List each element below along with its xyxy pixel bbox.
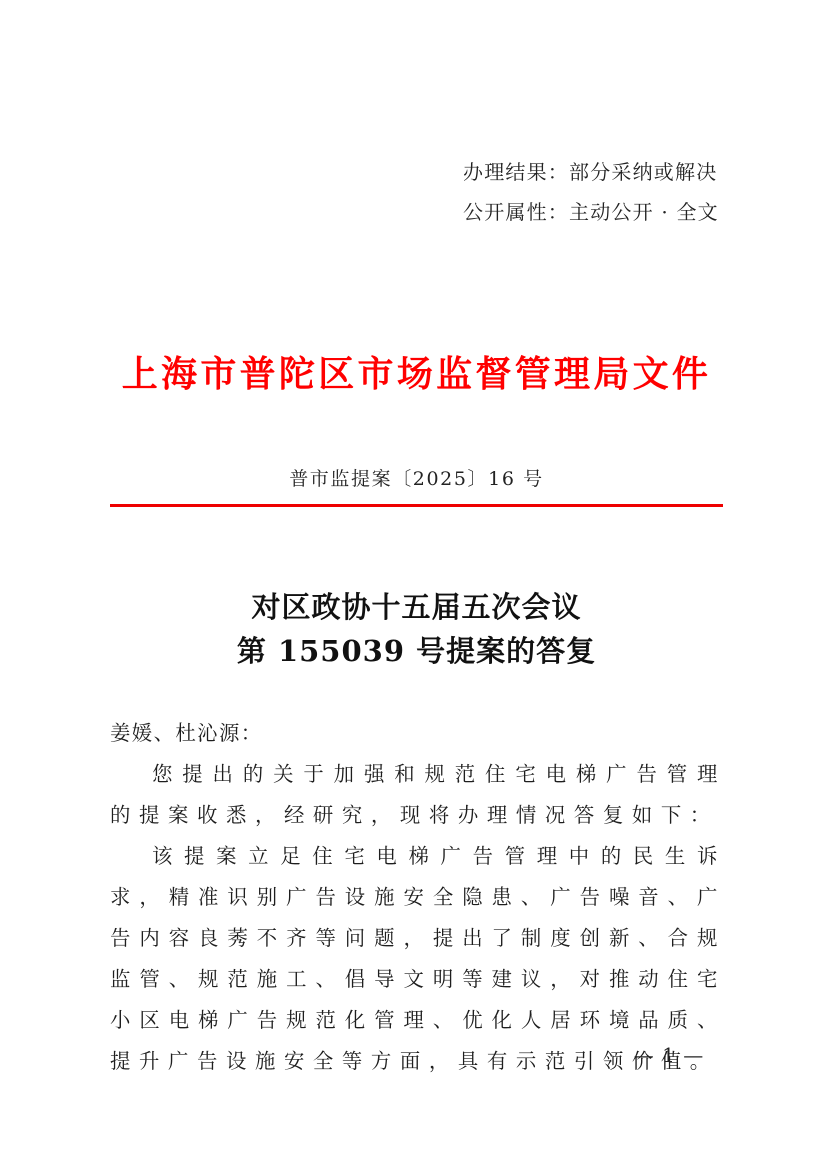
red-divider-line	[110, 504, 723, 507]
handling-result: 办理结果：部分采纳或解决	[463, 152, 725, 192]
document-number: 普市监提案〔2025〕16 号	[110, 464, 723, 494]
handling-result-label: 办理结果：	[463, 160, 569, 184]
subject-line-2: 第 155039 号提案的答复	[110, 629, 723, 673]
handling-result-value: 部分采纳或解决	[569, 160, 717, 184]
paragraph-1: 您提出的关于加强和规范住宅电梯广告管理的提案收悉，经研究，现将办理情况答复如下：	[110, 754, 726, 836]
disclosure-attribute: 公开属性：主动公开 · 全文	[463, 192, 725, 232]
subject-line-1: 对区政协十五届五次会议	[110, 585, 723, 629]
disclosure-label: 公开属性：	[463, 200, 569, 224]
document-subject: 对区政协十五届五次会议 第 155039 号提案的答复	[110, 585, 723, 673]
disclosure-value: 主动公开 · 全文	[569, 200, 719, 224]
document-page: 办理结果：部分采纳或解决 公开属性：主动公开 · 全文 上海市普陀区市场监督管理…	[0, 0, 826, 1169]
document-body: 姜媛、杜沁源： 您提出的关于加强和规范住宅电梯广告管理的提案收悉，经研究，现将办…	[110, 713, 726, 1082]
masthead-title: 上海市普陀区市场监督管理局文件	[110, 348, 723, 400]
salutation: 姜媛、杜沁源：	[110, 713, 726, 754]
page-number: — 1 —	[632, 1041, 706, 1069]
document-meta: 办理结果：部分采纳或解决 公开属性：主动公开 · 全文	[463, 152, 725, 232]
